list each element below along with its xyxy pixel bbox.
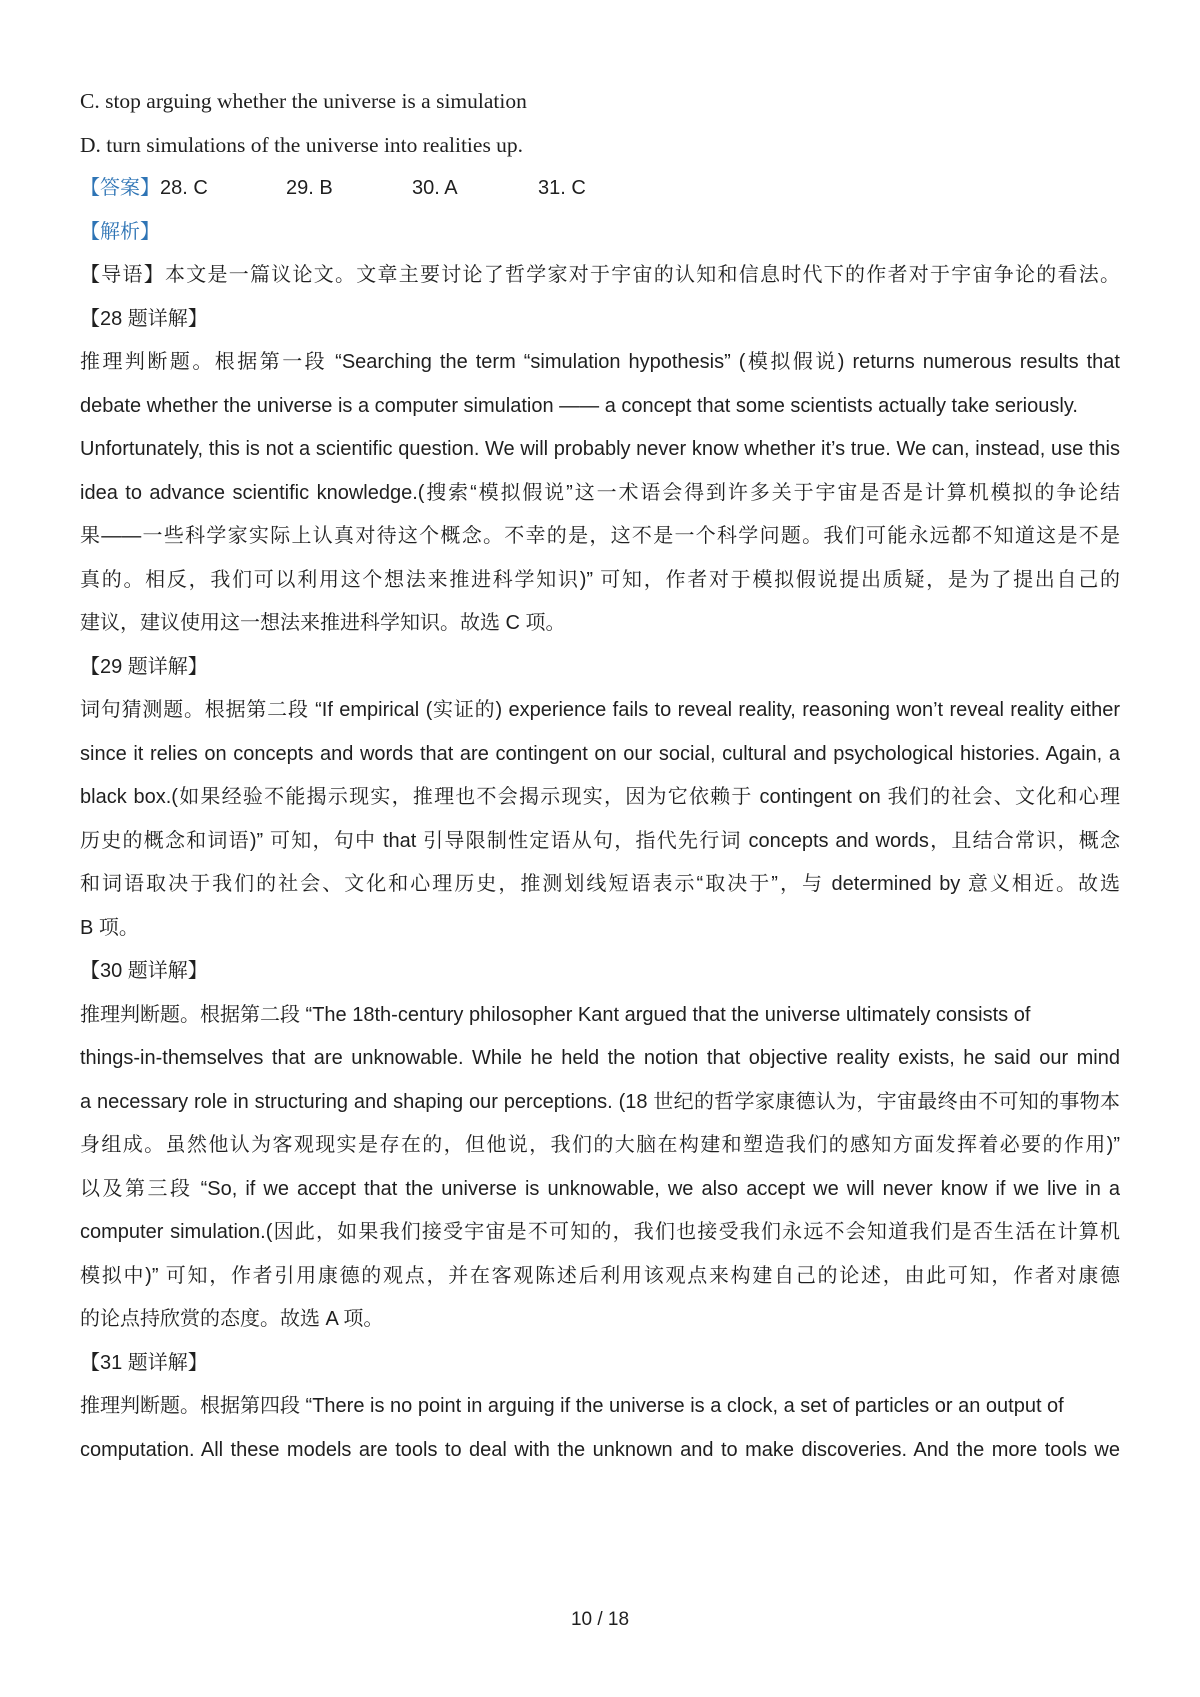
answer-item: 30. A — [412, 167, 538, 211]
explanation-line: 果——一些科学家实际上认真对待这个概念。不幸的是，这不是一个科学问题。我们可能永… — [80, 515, 1120, 559]
analysis-marker-line: 【解析】 — [80, 211, 1120, 255]
explanation-line: 推理判断题。根据第二段 “The 18th-century philosophe… — [80, 994, 1120, 1038]
explanation-line: a necessary role in structuring and shap… — [80, 1081, 1120, 1125]
explanation-line: idea to advance scientific knowledge.(搜索… — [80, 472, 1120, 516]
answer-item: 31. C — [538, 167, 586, 211]
page-number: 10 / 18 — [0, 1600, 1200, 1640]
answer-line: 【答案】28. C29. B30. A31. C — [80, 167, 1120, 211]
explanation-line: black box.(如果经验不能揭示现实，推理也不会揭示现实，因为它依赖于 c… — [80, 776, 1120, 820]
option-c: C. stop arguing whether the universe is … — [80, 80, 1120, 124]
explanation-line: computation. All these models are tools … — [80, 1429, 1120, 1473]
explanation-line: 真的。相反，我们可以利用这个想法来推进科学知识)” 可知，作者对于模拟假说提出质… — [80, 559, 1120, 603]
explanation-line: debate whether the universe is a compute… — [80, 385, 1120, 429]
document-body: C. stop arguing whether the universe is … — [80, 80, 1120, 1472]
explanation-line: 模拟中)” 可知，作者引用康德的观点，并在客观陈述后利用该观点来构建自己的论述，… — [80, 1255, 1120, 1299]
explanation-line: 历史的概念和词语)” 可知，句中 that 引导限制性定语从句，指代先行词 co… — [80, 820, 1120, 864]
answer-marker: 【答案】 — [80, 167, 160, 211]
explanation-line: 建议，建议使用这一想法来推进科学知识。故选 C 项。 — [80, 602, 1120, 646]
explanation-line: since it relies on concepts and words th… — [80, 733, 1120, 777]
explanation-line: Unfortunately, this is not a scientific … — [80, 428, 1120, 472]
document-page: C. stop arguing whether the universe is … — [0, 0, 1200, 1697]
explanation-line: 以及第三段 “So, if we accept that the univers… — [80, 1168, 1120, 1212]
explanation-line: 和词语取决于我们的社会、文化和心理历史，推测划线短语表示“取决于”，与 dete… — [80, 863, 1120, 907]
explanation-line: 词句猜测题。根据第二段 “If empirical (实证的) experien… — [80, 689, 1120, 733]
explanation-line: 推理判断题。根据第四段 “There is no point in arguin… — [80, 1385, 1120, 1429]
explanation-line: computer simulation.(因此，如果我们接受宇宙是不可知的，我们… — [80, 1211, 1120, 1255]
explanation-line: 身组成。虽然他认为客观现实是存在的，但他说，我们的大脑在构建和塑造我们的感知方面… — [80, 1124, 1120, 1168]
lead-in-summary: 【导语】本文是一篇议论文。文章主要讨论了哲学家对于宇宙的认知和信息时代下的作者对… — [80, 254, 1120, 298]
explanation-line: B 项。 — [80, 907, 1120, 951]
question-28-header: 【28 题详解】 — [80, 298, 1120, 342]
answer-item: 29. B — [286, 167, 412, 211]
question-30-header: 【30 题详解】 — [80, 950, 1120, 994]
explanation-line: things-in-themselves that are unknowable… — [80, 1037, 1120, 1081]
question-29-header: 【29 题详解】 — [80, 646, 1120, 690]
answer-item: 28. C — [160, 167, 286, 211]
question-31-header: 【31 题详解】 — [80, 1342, 1120, 1386]
explanation-line: 的论点持欣赏的态度。故选 A 项。 — [80, 1298, 1120, 1342]
analysis-marker: 【解析】 — [80, 221, 160, 243]
option-d: D. turn simulations of the universe into… — [80, 124, 1120, 168]
explanation-line: 推理判断题。根据第一段 “Searching the term “simulat… — [80, 341, 1120, 385]
